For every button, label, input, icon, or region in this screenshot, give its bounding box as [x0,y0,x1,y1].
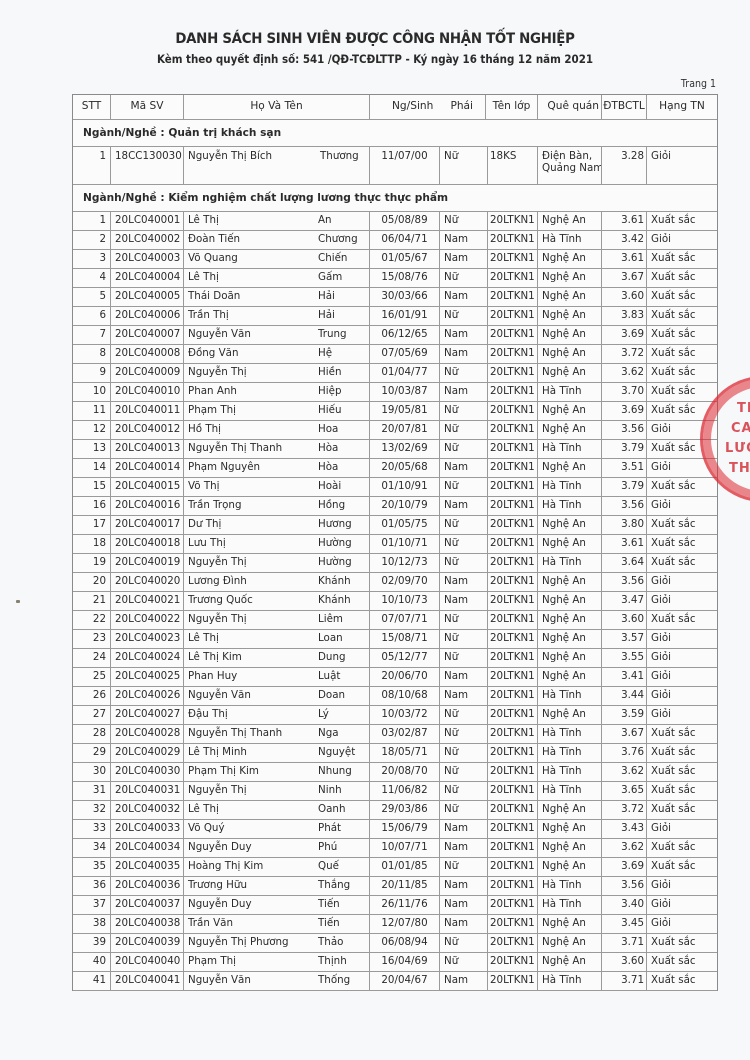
family-middle-name: Phạm Nguyên [188,461,260,473]
cell-ma-sv: 20LC040034 [110,839,183,857]
cell-ten-lop: 20LTKN1 [487,972,537,990]
cell-phai: Nam [439,231,487,249]
cell-ng-sinh: 11/06/82 [369,782,439,800]
cell-que-quan: Nghệ An [537,592,601,610]
cell-ho-ten: Dư ThịHương [183,516,369,534]
cell-phai: Nữ [439,858,487,876]
cell-ten-lop: 20LTKN1 [487,706,537,724]
cell-hang-tn: Giỏi [646,915,717,933]
cell-phai: Nam [439,896,487,914]
cell-que-quan: Nghệ An [537,288,601,306]
given-name: Tiến [318,898,340,910]
table-row: 2520LC040025Phan HuyLuật20/06/70Nam20LTK… [73,668,717,687]
stamp-line: TRƯỜ [737,401,750,416]
cell-ng-sinh: 01/05/67 [369,250,439,268]
given-name: Hương [318,518,352,530]
given-name: Ninh [318,784,342,796]
cell-stt: 29 [73,744,110,762]
header-ten-lop: Tên lớp [485,95,537,119]
cell-ma-sv: 20LC040015 [110,478,183,496]
cell-hang-tn: Xuất sắc [646,364,717,382]
cell-phai: Nữ [439,478,487,496]
cell-ten-lop: 20LTKN1 [487,649,537,667]
cell-phai: Nữ [439,801,487,819]
cell-ho-ten: Lê ThịGấm [183,269,369,287]
cell-ho-ten: Võ QuýPhát [183,820,369,838]
table-row: 3320LC040033Võ QuýPhát15/06/79Nam20LTKN1… [73,820,717,839]
cell-ho-ten: Nguyễn DuyTiến [183,896,369,914]
family-middle-name: Trần Thị [188,309,229,321]
given-name: Chương [318,233,358,245]
cell-ten-lop: 20LTKN1 [487,307,537,325]
cell-dtbctl: 3.28 [601,147,646,184]
table-row: 520LC040005Thái DoãnHải30/03/66Nam20LTKN… [73,288,717,307]
cell-stt: 17 [73,516,110,534]
cell-ng-sinh: 01/04/77 [369,364,439,382]
cell-ma-sv: 20LC040033 [110,820,183,838]
table-row: 2020LC040020Lương ĐìnhKhánh02/09/70Nam20… [73,573,717,592]
cell-ng-sinh: 29/03/86 [369,801,439,819]
cell-ma-sv: 20LC040030 [110,763,183,781]
document-subtitle: Kèm theo quyết định số: 541 /QĐ-TCĐLTTP … [30,53,720,66]
cell-phai: Nữ [439,953,487,971]
cell-que-quan: Nghệ An [537,516,601,534]
cell-ten-lop: 20LTKN1 [487,725,537,743]
cell-dtbctl: 3.67 [601,269,646,287]
cell-stt: 13 [73,440,110,458]
cell-dtbctl: 3.43 [601,820,646,838]
cell-ten-lop: 20LTKN1 [487,801,537,819]
family-middle-name: Nguyễn Thị [188,613,247,625]
given-name: Oanh [318,803,345,815]
cell-ho-ten: Lê ThịAn [183,212,369,230]
cell-dtbctl: 3.45 [601,915,646,933]
cell-ho-ten: Nguyễn Thị ThanhHòa [183,440,369,458]
cell-hang-tn: Xuất sắc [646,953,717,971]
given-name: Hường [318,537,352,549]
cell-ng-sinh: 10/03/87 [369,383,439,401]
cell-ten-lop: 20LTKN1 [487,535,537,553]
cell-ten-lop: 20LTKN1 [487,763,537,781]
cell-phai: Nam [439,326,487,344]
cell-que-quan: Nghệ An [537,839,601,857]
cell-ten-lop: 20LTKN1 [487,877,537,895]
cell-dtbctl: 3.62 [601,364,646,382]
cell-que-quan: Nghệ An [537,706,601,724]
family-middle-name: Trương Quốc [188,594,253,606]
cell-ten-lop: 20LTKN1 [487,478,537,496]
cell-que-quan: Hà Tĩnh [537,972,601,990]
cell-ten-lop: 18KS [487,147,537,184]
cell-phai: Nam [439,820,487,838]
cell-ten-lop: 20LTKN1 [487,326,537,344]
given-name: Chiến [318,252,347,264]
cell-dtbctl: 3.69 [601,326,646,344]
cell-phai: Nam [439,972,487,990]
cell-ho-ten: Lưu ThịHường [183,535,369,553]
cell-ng-sinh: 02/09/70 [369,573,439,591]
given-name: Hệ [318,347,332,359]
table-row: 1520LC040015Võ ThịHoài01/10/91Nữ20LTKN1H… [73,478,717,497]
family-middle-name: Nguyễn Thị [188,556,247,568]
cell-ma-sv: 20LC040004 [110,269,183,287]
given-name: Hòa [318,461,338,473]
cell-dtbctl: 3.72 [601,801,646,819]
cell-hang-tn: Xuất sắc [646,516,717,534]
cell-ma-sv: 20LC040039 [110,934,183,952]
cell-ten-lop: 20LTKN1 [487,668,537,686]
cell-que-quan: Nghệ An [537,611,601,629]
cell-ten-lop: 20LTKN1 [487,383,537,401]
cell-stt: 39 [73,934,110,952]
family-middle-name: Lê Thị [188,803,219,815]
cell-que-quan: Nghệ An [537,307,601,325]
cell-phai: Nam [439,839,487,857]
cell-dtbctl: 3.57 [601,630,646,648]
cell-ho-ten: Phan AnhHiệp [183,383,369,401]
cell-ng-sinh: 20/08/70 [369,763,439,781]
cell-ten-lop: 20LTKN1 [487,345,537,363]
cell-que-quan: Nghệ An [537,801,601,819]
cell-dtbctl: 3.72 [601,345,646,363]
cell-phai: Nữ [439,516,487,534]
cell-ho-ten: Trần VănTiến [183,915,369,933]
cell-ng-sinh: 16/01/91 [369,307,439,325]
cell-stt: 34 [73,839,110,857]
given-name: Thống [318,974,350,986]
cell-ho-ten: Lê Thị KimDung [183,649,369,667]
family-middle-name: Nguyễn Văn [188,689,251,701]
que-quan-line2: Quảng Nam [542,162,597,174]
header-hang-tn: Hạng TN [646,95,717,119]
given-name: Hoa [318,423,338,435]
stamp-line: THỰC PH [729,461,750,476]
cell-ten-lop: 20LTKN1 [487,687,537,705]
cell-ma-sv: 20LC040024 [110,649,183,667]
cell-ten-lop: 20LTKN1 [487,915,537,933]
cell-ten-lop: 20LTKN1 [487,611,537,629]
cell-que-quan: Hà Tĩnh [537,782,601,800]
cell-que-quan: Nghệ An [537,858,601,876]
cell-hang-tn: Xuất sắc [646,763,717,781]
table-row: 1720LC040017Dư ThịHương01/05/75Nữ20LTKN1… [73,516,717,535]
cell-ten-lop: 20LTKN1 [487,896,537,914]
table-row: 920LC040009Nguyễn ThịHiền01/04/77Nữ20LTK… [73,364,717,383]
cell-ma-sv: 20LC040025 [110,668,183,686]
cell-ma-sv: 18CC130030 [110,147,183,184]
cell-que-quan: Nghệ An [537,573,601,591]
cell-phai: Nữ [439,630,487,648]
cell-ten-lop: 20LTKN1 [487,516,537,534]
cell-phai: Nữ [439,147,487,184]
cell-ho-ten: Nguyễn Thị ThanhNga [183,725,369,743]
family-middle-name: Đoàn Tiến [188,233,240,245]
cell-que-quan: Nghệ An [537,459,601,477]
table-row: 2620LC040026Nguyễn VănDoan08/10/68Nam20L… [73,687,717,706]
cell-stt: 41 [73,972,110,990]
cell-dtbctl: 3.41 [601,668,646,686]
family-middle-name: Phạm Thị [188,955,236,967]
cell-ng-sinh: 10/12/73 [369,554,439,572]
cell-dtbctl: 3.71 [601,934,646,952]
cell-dtbctl: 3.56 [601,421,646,439]
family-middle-name: Nguyễn Thị Bích [188,150,272,162]
family-middle-name: Lương Đình [188,575,247,587]
cell-ma-sv: 20LC040036 [110,877,183,895]
cell-ng-sinh: 01/10/91 [369,478,439,496]
family-middle-name: Nguyễn Thị [188,784,247,796]
cell-stt: 35 [73,858,110,876]
cell-ma-sv: 20LC040009 [110,364,183,382]
cell-phai: Nữ [439,364,487,382]
header-dtbctl: ĐTBCTL [601,95,646,119]
cell-stt: 23 [73,630,110,648]
cell-dtbctl: 3.69 [601,858,646,876]
document-title: DANH SÁCH SINH VIÊN ĐƯỢC CÔNG NHẬN TỐT N… [30,31,720,47]
cell-phai: Nữ [439,744,487,762]
cell-que-quan: Hà Tĩnh [537,231,601,249]
cell-ng-sinh: 06/08/94 [369,934,439,952]
cell-que-quan: Hà Tĩnh [537,896,601,914]
cell-hang-tn: Xuất sắc [646,858,717,876]
given-name: Nga [318,727,339,739]
cell-ma-sv: 20LC040031 [110,782,183,800]
cell-stt: 21 [73,592,110,610]
page-number: Trang 1 [657,78,716,90]
cell-que-quan: Nghệ An [537,915,601,933]
cell-hang-tn: Giỏi [646,877,717,895]
cell-phai: Nam [439,459,487,477]
cell-ho-ten: Nguyễn VănDoan [183,687,369,705]
cell-ng-sinh: 11/07/00 [369,147,439,184]
table-row: 2920LC040029Lê Thị MinhNguyệt18/05/71Nữ2… [73,744,717,763]
given-name: Hiền [318,366,341,378]
cell-ng-sinh: 01/01/85 [369,858,439,876]
cell-ten-lop: 20LTKN1 [487,231,537,249]
table-row: 2420LC040024Lê Thị KimDung05/12/77Nữ20LT… [73,649,717,668]
cell-stt: 4 [73,269,110,287]
cell-ho-ten: Nguyễn Thị PhươngThảo [183,934,369,952]
cell-ma-sv: 20LC040002 [110,231,183,249]
cell-hang-tn: Xuất sắc [646,934,717,952]
cell-stt: 5 [73,288,110,306]
cell-ten-lop: 20LTKN1 [487,402,537,420]
table-row: 3720LC040037Nguyễn DuyTiến26/11/76Nam20L… [73,896,717,915]
cell-phai: Nữ [439,649,487,667]
header-ng-sinh-label: Ng/Sinh [392,100,433,112]
given-name: Khánh [318,575,351,587]
cell-ho-ten: Nguyễn ThịNinh [183,782,369,800]
cell-hang-tn: Xuất sắc [646,345,717,363]
cell-hang-tn: Xuất sắc [646,478,717,496]
cell-ma-sv: 20LC040020 [110,573,183,591]
cell-phai: Nữ [439,763,487,781]
cell-hang-tn: Giỏi [646,147,717,184]
given-name: Hồng [318,499,345,511]
cell-hang-tn: Xuất sắc [646,782,717,800]
cell-dtbctl: 3.40 [601,896,646,914]
family-middle-name: Thái Doãn [188,290,240,302]
cell-dtbctl: 3.70 [601,383,646,401]
given-name: Hải [318,290,335,302]
table-row: 1320LC040013Nguyễn Thị ThanhHòa13/02/69N… [73,440,717,459]
given-name: Thịnh [318,955,347,967]
cell-ng-sinh: 20/11/85 [369,877,439,895]
cell-hang-tn: Giỏi [646,497,717,515]
cell-ma-sv: 20LC040029 [110,744,183,762]
cell-stt: 20 [73,573,110,591]
cell-ma-sv: 20LC040032 [110,801,183,819]
cell-ten-lop: 20LTKN1 [487,554,537,572]
cell-phai: Nữ [439,440,487,458]
cell-ten-lop: 20LTKN1 [487,953,537,971]
cell-ng-sinh: 05/08/89 [369,212,439,230]
cell-phai: Nữ [439,782,487,800]
table-row: 1820LC040018Lưu ThịHường01/10/71Nữ20LTKN… [73,535,717,554]
cell-stt: 18 [73,535,110,553]
cell-phai: Nữ [439,706,487,724]
cell-phai: Nữ [439,535,487,553]
table-row: 620LC040006Trần ThịHải16/01/91Nữ20LTKN1N… [73,307,717,326]
cell-ten-lop: 20LTKN1 [487,288,537,306]
cell-ma-sv: 20LC040038 [110,915,183,933]
cell-ng-sinh: 01/10/71 [369,535,439,553]
cell-phai: Nữ [439,307,487,325]
cell-dtbctl: 3.47 [601,592,646,610]
cell-que-quan: Nghệ An [537,535,601,553]
given-name: Gấm [318,271,342,283]
cell-ho-ten: Hồ ThịHoa [183,421,369,439]
cell-ma-sv: 20LC040037 [110,896,183,914]
cell-hang-tn: Xuất sắc [646,535,717,553]
given-name: Hường [318,556,352,568]
stamp-line: LƯƠNG T [725,441,750,456]
cell-ma-sv: 20LC040035 [110,858,183,876]
table-row: 1420LC040014Phạm NguyênHòa20/05/68Nam20L… [73,459,717,478]
cell-ho-ten: Trương QuốcKhánh [183,592,369,610]
cell-ho-ten: Phạm Thị KimNhung [183,763,369,781]
cell-dtbctl: 3.64 [601,554,646,572]
cell-phai: Nam [439,573,487,591]
section-label: Ngành/Nghề : Kiểm nghiệm chất lượng lươn… [83,192,448,204]
given-name: Phú [318,841,337,853]
cell-stt: 22 [73,611,110,629]
cell-ma-sv: 20LC040019 [110,554,183,572]
cell-que-quan: Nghệ An [537,269,601,287]
cell-ho-ten: Nguyễn Thị BíchThương [183,147,369,184]
cell-ma-sv: 20LC040006 [110,307,183,325]
cell-stt: 1 [73,212,110,230]
given-name: Thảo [318,936,343,948]
cell-dtbctl: 3.80 [601,516,646,534]
cell-ten-lop: 20LTKN1 [487,782,537,800]
table-row: 1620LC040016Trần TrọngHồng20/10/79Nam20L… [73,497,717,516]
cell-dtbctl: 3.79 [601,478,646,496]
cell-dtbctl: 3.44 [601,687,646,705]
cell-ho-ten: Lê ThịOanh [183,801,369,819]
cell-dtbctl: 3.61 [601,250,646,268]
table-row: 118CC130030Nguyễn Thị BíchThương11/07/00… [73,147,717,185]
cell-stt: 9 [73,364,110,382]
cell-hang-tn: Xuất sắc [646,801,717,819]
cell-ma-sv: 20LC040040 [110,953,183,971]
cell-stt: 16 [73,497,110,515]
cell-que-quan: Điện Bàn,Quảng Nam [537,147,601,184]
given-name: Nhung [318,765,352,777]
cell-dtbctl: 3.60 [601,611,646,629]
cell-ten-lop: 20LTKN1 [487,839,537,857]
cell-hang-tn: Xuất sắc [646,212,717,230]
cell-que-quan: Nghệ An [537,934,601,952]
cell-ng-sinh: 05/12/77 [369,649,439,667]
cell-que-quan: Hà Tĩnh [537,383,601,401]
graduates-table: STT Mã SV Họ Và Tên Ng/Sinh Phái Tên lớp… [72,94,718,991]
cell-ten-lop: 20LTKN1 [487,250,537,268]
cell-ho-ten: Trần ThịHải [183,307,369,325]
cell-dtbctl: 3.62 [601,839,646,857]
cell-que-quan: Nghệ An [537,668,601,686]
family-middle-name: Đậu Thị [188,708,228,720]
cell-hang-tn: Xuất sắc [646,383,717,401]
cell-ma-sv: 20LC040011 [110,402,183,420]
table-row: 2820LC040028Nguyễn Thị ThanhNga03/02/87N… [73,725,717,744]
cell-que-quan: Nghệ An [537,820,601,838]
cell-stt: 31 [73,782,110,800]
cell-hang-tn: Xuất sắc [646,972,717,990]
cell-hang-tn: Giỏi [646,820,717,838]
section-row: Ngành/Nghề : Kiểm nghiệm chất lượng lươn… [73,185,717,212]
cell-ma-sv: 20LC040008 [110,345,183,363]
family-middle-name: Nguyễn Duy [188,898,252,910]
cell-dtbctl: 3.56 [601,573,646,591]
header-stt: STT [73,95,110,119]
cell-ng-sinh: 08/10/68 [369,687,439,705]
family-middle-name: Phan Huy [188,670,237,682]
cell-ma-sv: 20LC040005 [110,288,183,306]
cell-phai: Nữ [439,554,487,572]
cell-ng-sinh: 16/04/69 [369,953,439,971]
section-row: Ngành/Nghề : Quản trị khách sạn [73,120,717,147]
family-middle-name: Lưu Thị [188,537,226,549]
que-quan-line1: Điện Bàn, [542,150,597,162]
cell-ng-sinh: 06/12/65 [369,326,439,344]
cell-stt: 30 [73,763,110,781]
cell-stt: 33 [73,820,110,838]
family-middle-name: Hồ Thị [188,423,221,435]
scan-speck [16,600,20,603]
family-middle-name: Phạm Thị [188,404,236,416]
cell-ng-sinh: 10/03/72 [369,706,439,724]
cell-dtbctl: 3.56 [601,497,646,515]
cell-ho-ten: Lê Thị MinhNguyệt [183,744,369,762]
cell-stt: 38 [73,915,110,933]
given-name: Quế [318,860,339,872]
cell-ho-ten: Võ QuangChiến [183,250,369,268]
cell-hang-tn: Xuất sắc [646,440,717,458]
cell-ten-lop: 20LTKN1 [487,934,537,952]
cell-ho-ten: Đồng VănHệ [183,345,369,363]
family-middle-name: Đồng Văn [188,347,239,359]
cell-dtbctl: 3.51 [601,459,646,477]
table-row: 3920LC040039Nguyễn Thị PhươngThảo06/08/9… [73,934,717,953]
table-row: 2320LC040023Lê ThịLoan15/08/71Nữ20LTKN1N… [73,630,717,649]
cell-ng-sinh: 20/05/68 [369,459,439,477]
cell-que-quan: Hà Tĩnh [537,687,601,705]
cell-phai: Nam [439,345,487,363]
cell-phai: Nam [439,288,487,306]
cell-stt: 6 [73,307,110,325]
given-name: Dung [318,651,346,663]
